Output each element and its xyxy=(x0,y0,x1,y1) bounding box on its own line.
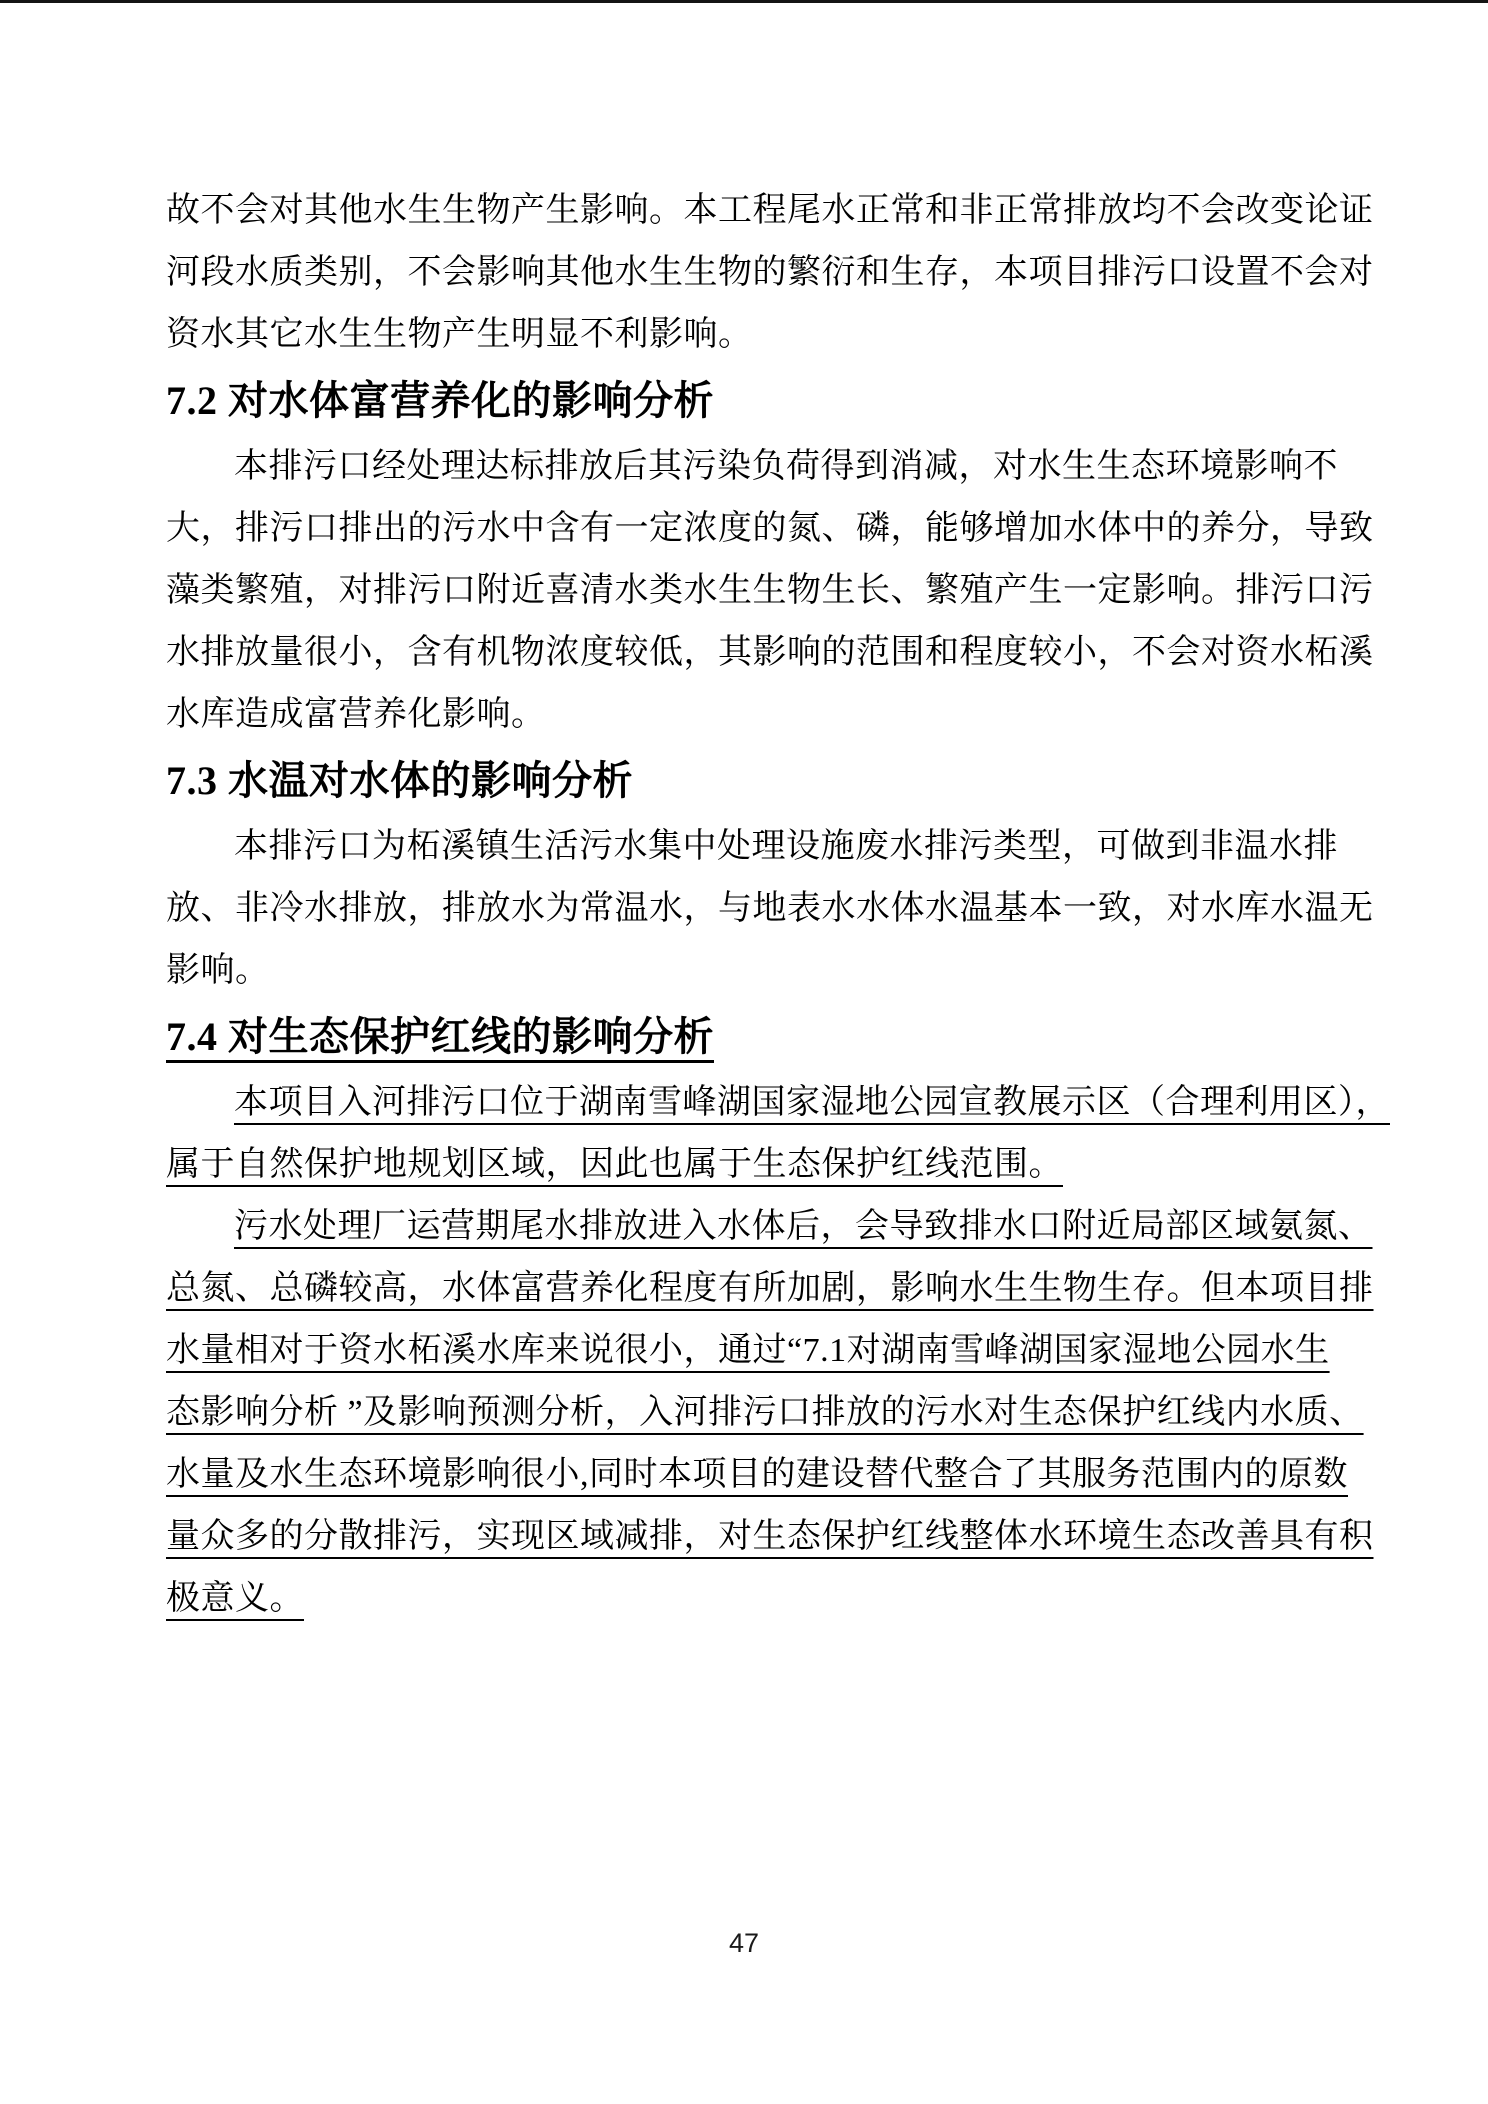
paragraph-7-2: 本排污口经处理达标排放后其污染负荷得到消减，对水生生态环境影响不大，排污口排出的… xyxy=(166,436,1366,746)
text-line: 水库造成富营养化影响。 xyxy=(166,684,1366,746)
paragraph-7-3: 本排污口为柘溪镇生活污水集中处理设施废水排污类型，可做到非温水排放、非冷水排放，… xyxy=(166,816,1366,1002)
document-page: 故不会对其他水生生物产生影响。本工程尾水正常和非正常排放均不会改变论证河段水质类… xyxy=(0,0,1488,2104)
text-line: 水量相对于资水柘溪水库来说很小，通过“7.1对湖南雪峰湖国家湿地公园水生 xyxy=(166,1320,1366,1382)
text-line: 河段水质类别，不会影响其他水生生物的繁衍和生存，本项目排污口设置不会对 xyxy=(166,242,1366,304)
text-line: 本项目入河排污口位于湖南雪峰湖国家湿地公园宣教展示区（合理利用区）， xyxy=(166,1072,1366,1134)
text-line: 放、非冷水排放，排放水为常温水，与地表水水体水温基本一致，对水库水温无 xyxy=(166,878,1366,940)
text-line: 藻类繁殖，对排污口附近喜清水类水生生物生长、繁殖产生一定影响。排污口污 xyxy=(166,560,1366,622)
text-line: 污水处理厂运营期尾水排放进入水体后，会导致排水口附近局部区域氨氮、 xyxy=(166,1196,1366,1258)
page-content: 故不会对其他水生生物产生影响。本工程尾水正常和非正常排放均不会改变论证河段水质类… xyxy=(166,180,1366,1630)
text-line: 故不会对其他水生生物产生影响。本工程尾水正常和非正常排放均不会改变论证 xyxy=(166,180,1366,242)
page-number: 47 xyxy=(0,1928,1488,1959)
text-line: 总氮、总磷较高，水体富营养化程度有所加剧，影响水生生物生存。但本项目排 xyxy=(166,1258,1366,1320)
text-line: 本排污口经处理达标排放后其污染负荷得到消减，对水生生态环境影响不 xyxy=(166,436,1366,498)
text-line: 本排污口为柘溪镇生活污水集中处理设施废水排污类型，可做到非温水排 xyxy=(166,816,1366,878)
heading-7-3: 7.3 水温对水体的影响分析 xyxy=(166,746,1366,816)
heading-7-2: 7.2 对水体富营养化的影响分析 xyxy=(166,366,1366,436)
paragraph-7-4-b: 污水处理厂运营期尾水排放进入水体后，会导致排水口附近局部区域氨氮、总氮、总磷较高… xyxy=(166,1196,1366,1630)
text-line: 资水其它水生生物产生明显不利影响。 xyxy=(166,304,1366,366)
text-line: 大，排污口排出的污水中含有一定浓度的氮、磷，能够增加水体中的养分，导致 xyxy=(166,498,1366,560)
paragraph-7-4-a: 本项目入河排污口位于湖南雪峰湖国家湿地公园宣教展示区（合理利用区），属于自然保护… xyxy=(166,1072,1366,1196)
heading-7-4: 7.4 对生态保护红线的影响分析 xyxy=(166,1002,1366,1072)
paragraph-continuation: 故不会对其他水生生物产生影响。本工程尾水正常和非正常排放均不会改变论证河段水质类… xyxy=(166,180,1366,366)
text-line: 影响。 xyxy=(166,940,1366,1002)
text-line: 水排放量很小，含有机物浓度较低，其影响的范围和程度较小，不会对资水柘溪 xyxy=(166,622,1366,684)
text-line: 极意义。 xyxy=(166,1568,1366,1630)
text-line: 属于自然保护地规划区域，因此也属于生态保护红线范围。 xyxy=(166,1134,1366,1196)
text-line: 态影响分析 ”及影响预测分析，入河排污口排放的污水对生态保护红线内水质、 xyxy=(166,1382,1366,1444)
text-line: 量众多的分散排污，实现区域减排，对生态保护红线整体水环境生态改善具有积 xyxy=(166,1506,1366,1568)
text-line: 水量及水生态环境影响很小,同时本项目的建设替代整合了其服务范围内的原数 xyxy=(166,1444,1366,1506)
page-top-edge xyxy=(0,0,1488,3)
